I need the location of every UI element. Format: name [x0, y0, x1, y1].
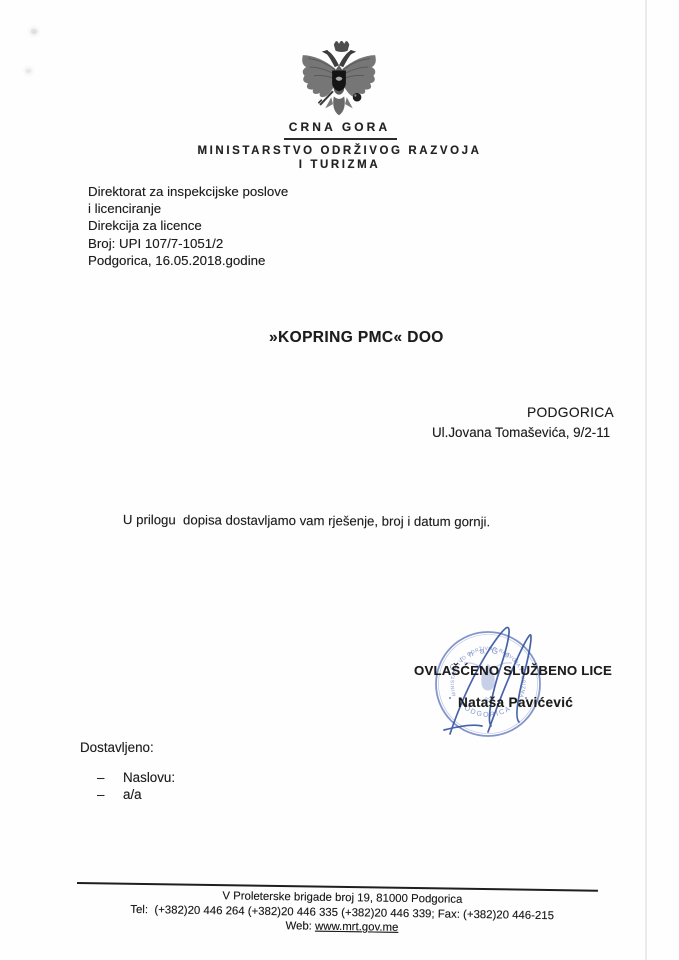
sender-directorate: Direktorat za inspekcijske poslove [88, 183, 388, 200]
distribution-item: –Naslovu: [97, 770, 175, 785]
header-country: CRNA GORA [0, 120, 679, 134]
distribution-item: –a/a [97, 787, 142, 802]
header-divider [284, 138, 397, 140]
scan-smudge [31, 29, 37, 34]
scan-smudge [26, 69, 31, 73]
footer-web-url: www.mrt.gov.me [315, 921, 399, 934]
list-dash: – [97, 770, 123, 785]
scanned-letter-page: CRNA GORA MINISTARSTVO ODRŽIVOG RAZVOJA … [0, 0, 679, 960]
header-ministry-line1: MINISTARSTVO ODRŽIVOG RAZVOJA [0, 145, 679, 157]
letter-body-paragraph: U prilogu dopisa dostavljamo vam rješenj… [123, 512, 543, 530]
handwritten-signature [428, 608, 583, 753]
footer-web-label: Web: [285, 920, 315, 932]
authorized-officer-title: OVLAŠĆENO SLUŽBENO LICE [414, 663, 612, 678]
sender-directorate2: Direkcija za licence [88, 217, 388, 234]
header-ministry-line2: I TURIZMA [0, 159, 679, 171]
distribution-item-text: a/a [123, 787, 142, 802]
footer-block: V Proleterske brigade broj 19, 81000 Pod… [69, 887, 615, 939]
list-dash: – [97, 787, 123, 802]
recipient-address: Ul.Jovana Tomaševića, 9/2-11 [432, 425, 610, 440]
recipient-city: PODGORICA [527, 405, 614, 420]
authorized-officer-name: Nataša Pavićević [458, 695, 573, 710]
scan-edge-line [645, 0, 647, 960]
sender-place-date: Podgorica, 16.05.2018.godine [88, 252, 388, 269]
sender-directorate-cont: i licenciranje [88, 200, 388, 217]
distribution-item-text: Naslovu: [123, 770, 175, 785]
sender-block: Direktorat za inspekcijske poslove i lic… [88, 183, 388, 269]
recipient-company: »KOPRING PMC« DOO [269, 329, 444, 347]
montenegro-coat-of-arms-icon [296, 36, 382, 118]
sender-ref-number: Broj: UPI 107/7-1051/2 [88, 235, 388, 252]
distribution-label: Dostavljeno: [80, 740, 154, 755]
